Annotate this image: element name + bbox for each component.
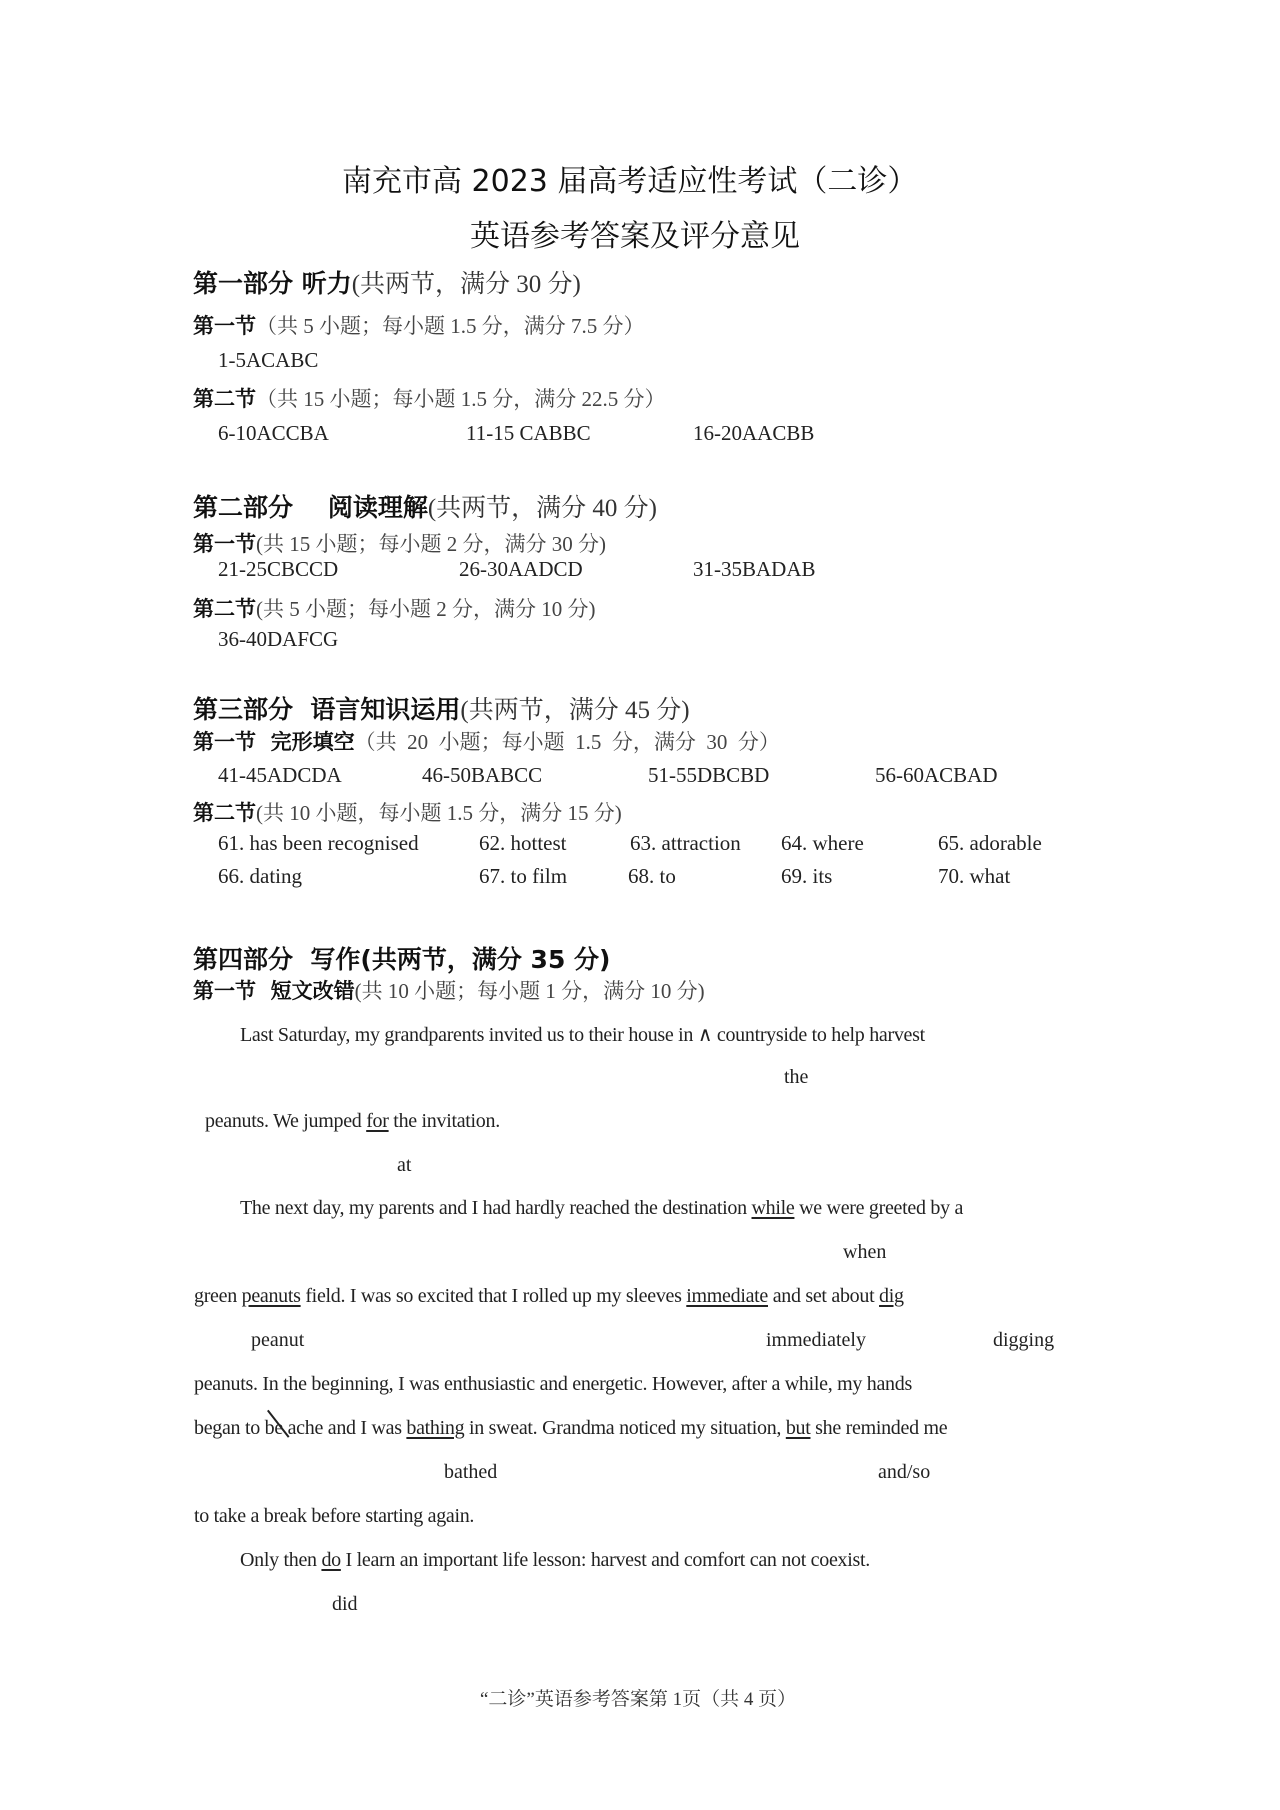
passage-text: peanuts. We jumped bbox=[205, 1110, 366, 1132]
answer-group: 41-45ADCDA bbox=[218, 763, 342, 788]
passage-line-8: Only then do I learn an important life l… bbox=[240, 1549, 870, 1572]
correction: did bbox=[332, 1593, 358, 1616]
answer-group: 51-55DBCBD bbox=[648, 763, 769, 788]
passage-text: The next day, my parents and I had hardl… bbox=[240, 1197, 752, 1219]
part3-section2-heading: 第二节(共 10 小题，每小题 1.5 分，满分 15 分) bbox=[193, 797, 622, 827]
correction: when bbox=[843, 1241, 886, 1264]
part3-heading: 第三部分 语言知识运用(共两节，满分 45 分) bbox=[193, 690, 690, 726]
document-title: 南充市高 2023 届高考适应性考试（二诊） bbox=[342, 156, 917, 200]
passage-text: Only then bbox=[240, 1549, 321, 1571]
answer-group: 26-30AADCD bbox=[459, 557, 583, 582]
passage-text: began to bbox=[194, 1417, 265, 1439]
answer-group: 36-40DAFCG bbox=[218, 627, 338, 652]
answer-item: 62. hottest bbox=[479, 831, 567, 856]
part3-info: (共两节，满分 45 分) bbox=[460, 697, 689, 724]
part4-label: 第四部分 写作 bbox=[193, 945, 360, 974]
passage-line-7: to take a break before starting again. bbox=[194, 1505, 474, 1528]
passage-text: we were greeted by a bbox=[794, 1197, 963, 1219]
answer-item: 68. to bbox=[628, 864, 676, 889]
part2-info: (共两节，满分 40 分) bbox=[428, 495, 657, 522]
passage-line-3: The next day, my parents and I had hardl… bbox=[240, 1197, 963, 1220]
insert-caret-icon: ∧ bbox=[698, 1024, 712, 1046]
answer-group: 56-60ACBAD bbox=[875, 763, 998, 788]
answer-item: 65. adorable bbox=[938, 831, 1042, 856]
passage-text: she reminded me bbox=[810, 1417, 947, 1439]
answer-item: 67. to film bbox=[479, 864, 567, 889]
answer-item: 61. has been recognised bbox=[218, 831, 419, 856]
part2-label: 第二部分 阅读理解 bbox=[193, 493, 428, 522]
answer-item: 66. dating bbox=[218, 864, 302, 889]
part1-section2-info: （共 15 小题；每小题 1.5 分，满分 22.5 分） bbox=[256, 387, 666, 411]
correction: the bbox=[784, 1066, 808, 1089]
answer-item: 64. where bbox=[781, 831, 864, 856]
passage-text: in sweat. Grandma noticed my situation, bbox=[464, 1417, 786, 1439]
correction: digging bbox=[993, 1329, 1054, 1352]
part4-section1-info: (共 10 小题；每小题 1 分，满分 10 分) bbox=[355, 979, 705, 1003]
part1-section2-label: 第二节 bbox=[193, 387, 256, 411]
part1-section1-label: 第一节 bbox=[193, 314, 256, 338]
part3-section1-heading: 第一节 完形填空（共 20 小题；每小题 1.5 分，满分 30 分） bbox=[193, 726, 780, 756]
error-word: do bbox=[321, 1549, 340, 1571]
passage-text: the invitation. bbox=[389, 1110, 500, 1132]
answer-group: 1-5ACABC bbox=[218, 348, 318, 373]
part1-section1-heading: 第一节（共 5 小题；每小题 1.5 分，满分 7.5 分） bbox=[193, 310, 645, 340]
part3-section1-label: 第一节 完形填空 bbox=[193, 730, 355, 754]
error-word: while bbox=[752, 1197, 795, 1219]
passage-line-5: peanuts. In the beginning, I was enthusi… bbox=[194, 1373, 912, 1396]
part1-section1-info: （共 5 小题；每小题 1.5 分，满分 7.5 分） bbox=[256, 314, 645, 338]
passage-line-6: began to be ache and I was bathing in sw… bbox=[194, 1417, 947, 1440]
error-word: immediate bbox=[686, 1285, 768, 1307]
correction: and/so bbox=[878, 1461, 930, 1484]
deleted-word: be bbox=[265, 1417, 283, 1440]
part2-section1-info: (共 15 小题；每小题 2 分，满分 30 分) bbox=[256, 532, 606, 556]
part3-section1-info: （共 20 小题；每小题 1.5 分，满分 30 分） bbox=[355, 730, 780, 754]
passage-text: ache and I was bbox=[283, 1417, 406, 1439]
part2-heading: 第二部分 阅读理解(共两节，满分 40 分) bbox=[193, 488, 657, 524]
answer-group: 21-25CBCCD bbox=[218, 557, 338, 582]
part2-section2-label: 第二节 bbox=[193, 597, 256, 621]
passage-text: Last Saturday, my grandparents invited u… bbox=[240, 1024, 698, 1046]
answer-item: 63. attraction bbox=[630, 831, 741, 856]
part2-section1-label: 第一节 bbox=[193, 532, 256, 556]
answer-group: 16-20AACBB bbox=[693, 421, 814, 446]
error-word: dig bbox=[879, 1285, 904, 1307]
part2-section2-heading: 第二节(共 5 小题；每小题 2 分，满分 10 分) bbox=[193, 593, 596, 623]
passage-text: and set about bbox=[768, 1285, 879, 1307]
answer-item: 70. what bbox=[938, 864, 1010, 889]
part4-section1-label: 第一节 短文改错 bbox=[193, 979, 355, 1003]
answer-group: 6-10ACCBA bbox=[218, 421, 329, 446]
passage-text: countryside to help harvest bbox=[712, 1024, 925, 1046]
part2-section1-heading: 第一节(共 15 小题；每小题 2 分，满分 30 分) bbox=[193, 528, 606, 558]
part4-heading: 第四部分 写作(共两节，满分 35 分) bbox=[193, 940, 610, 976]
answer-group: 31-35BADAB bbox=[693, 557, 816, 582]
passage-text: green bbox=[194, 1285, 242, 1307]
correction: bathed bbox=[444, 1461, 497, 1484]
part2-section2-info: (共 5 小题；每小题 2 分，满分 10 分) bbox=[256, 597, 596, 621]
error-word: peanuts bbox=[242, 1285, 301, 1307]
part3-section2-label: 第二节 bbox=[193, 801, 256, 825]
passage-line-1: Last Saturday, my grandparents invited u… bbox=[240, 1022, 925, 1047]
answer-item: 69. its bbox=[781, 864, 832, 889]
correction: at bbox=[397, 1154, 411, 1177]
error-word: but bbox=[786, 1417, 811, 1439]
error-word: bathing bbox=[406, 1417, 464, 1439]
passage-text: I learn an important life lesson: harves… bbox=[341, 1549, 870, 1571]
correction: immediately bbox=[766, 1329, 866, 1352]
answer-group: 11-15 CABBC bbox=[466, 421, 591, 446]
part4-info: (共两节，满分 35 分) bbox=[360, 945, 610, 974]
part4-section1-heading: 第一节 短文改错(共 10 小题；每小题 1 分，满分 10 分) bbox=[193, 975, 705, 1005]
document-subtitle: 英语参考答案及评分意见 bbox=[470, 211, 800, 255]
answer-group: 46-50BABCC bbox=[422, 763, 542, 788]
error-word: for bbox=[366, 1110, 388, 1132]
part1-info: (共两节，满分 30 分) bbox=[352, 271, 581, 298]
part1-heading: 第一部分 听力(共两节，满分 30 分) bbox=[193, 264, 581, 300]
page-footer: “二诊”英语参考答案第 1页（共 4 页） bbox=[480, 1684, 796, 1711]
part3-section2-info: (共 10 小题，每小题 1.5 分，满分 15 分) bbox=[256, 801, 622, 825]
passage-line-4: green peanuts field. I was so excited th… bbox=[194, 1285, 904, 1308]
passage-line-2: peanuts. We jumped for the invitation. bbox=[205, 1110, 500, 1133]
correction: peanut bbox=[251, 1329, 304, 1352]
part1-section2-heading: 第二节（共 15 小题；每小题 1.5 分，满分 22.5 分） bbox=[193, 383, 666, 413]
part1-label: 第一部分 听力 bbox=[193, 269, 352, 298]
part3-label: 第三部分 语言知识运用 bbox=[193, 695, 460, 724]
passage-text: field. I was so excited that I rolled up… bbox=[301, 1285, 687, 1307]
